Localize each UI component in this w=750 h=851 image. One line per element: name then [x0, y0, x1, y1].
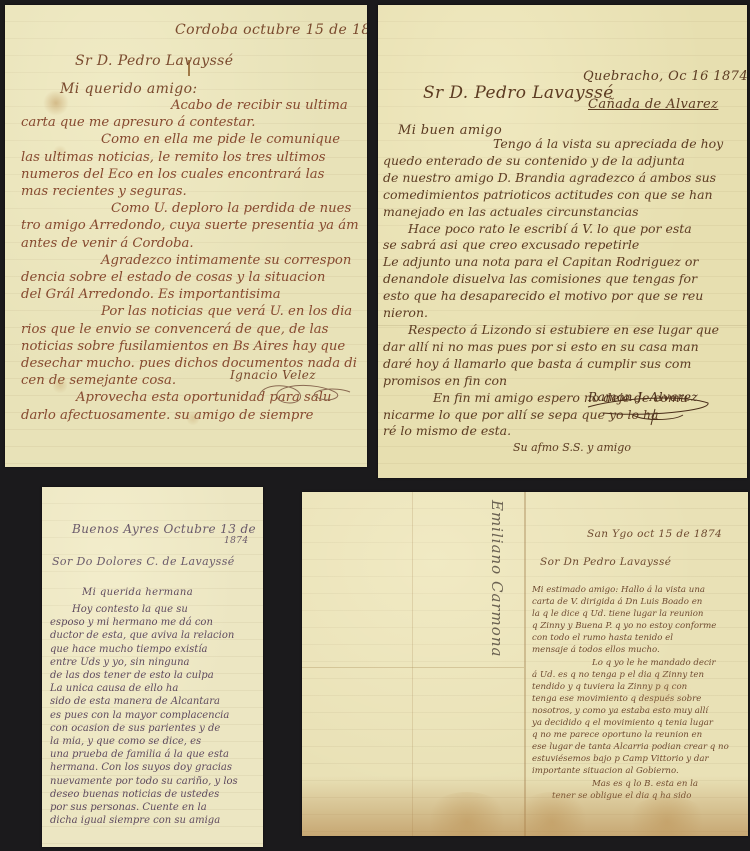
water-stain	[632, 662, 692, 722]
letter-san-ygo: Emiliano Carmona San Ygo oct 15 de 1874 …	[302, 492, 748, 836]
letter-cordoba: Cordoba octubre 15 de 1874 Sr D. Pedro L…	[5, 5, 367, 467]
letter-date-year: 1874	[224, 536, 249, 546]
letter-date: Cordoba octubre 15 de 1874	[175, 22, 367, 38]
letter-buenos-ayres: Buenos Ayres Octubre 13 de 1874 Sor Do D…	[42, 487, 263, 847]
letter-addressee-place: Cañada de Alvarez	[588, 97, 718, 112]
letter-addressee: Sr D. Pedro Lavayssé	[75, 53, 233, 69]
letter-date: Buenos Ayres Octubre 13 de	[72, 522, 256, 536]
letter-date: San Ygo oct 15 de 1874	[587, 528, 722, 540]
letter-date: Quebracho, Oc 16 1874	[583, 69, 747, 84]
vertical-signature: Emiliano Carmona	[488, 500, 506, 657]
paper-stain	[187, 409, 199, 427]
signature-flourish-icon	[255, 380, 355, 410]
paper-fold	[302, 667, 524, 668]
letter-salutation: Mi querido amigo:	[60, 81, 198, 97]
letter-addressee: Sr D. Pedro Lavayssé	[423, 83, 614, 103]
letter-addressee: Sor Dn Pedro Lavayssé	[540, 556, 671, 568]
letter-salutation: Mi querida hermana	[82, 587, 193, 598]
letter-addressee: Sor Do Dolores C. de Lavayssé	[52, 555, 235, 568]
paper-stain	[53, 375, 67, 395]
signature-flourish-icon	[583, 387, 713, 427]
ruled-line	[378, 325, 747, 326]
letter-quebracho: Quebracho, Oc 16 1874 Sr D. Pedro Lavays…	[378, 5, 747, 478]
letter-body: Hoy contesto la que su esposo y mi herma…	[50, 603, 262, 827]
